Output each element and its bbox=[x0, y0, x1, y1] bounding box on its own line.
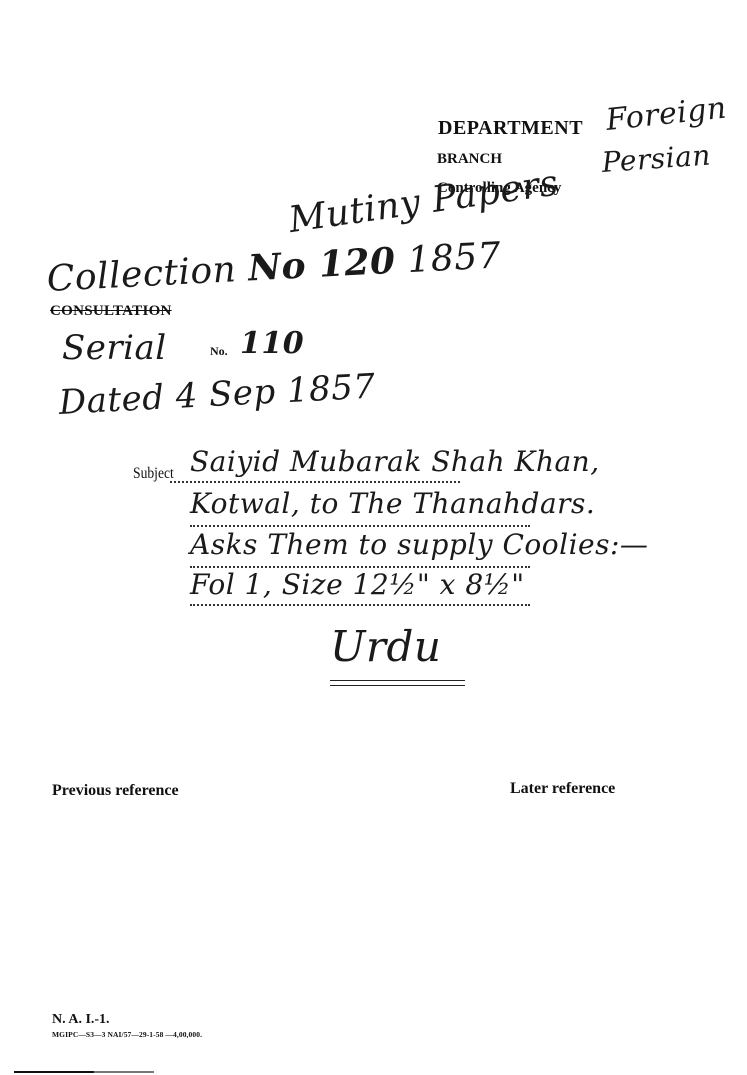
subject-line-4: Fol 1, Size 12½" x 8½" bbox=[190, 568, 590, 601]
serial-label: Serial bbox=[62, 328, 167, 368]
dated-line: Dated 4 Sep 1857 bbox=[58, 366, 377, 423]
department-value: Foreign bbox=[604, 91, 728, 138]
subject-text: Kotwal, to The Thanahdars. bbox=[190, 487, 595, 520]
subject-line-1: Saiyid Mubarak Shah Khan, bbox=[190, 445, 690, 478]
serial-no-label: No. bbox=[210, 344, 228, 359]
language-note: Urdu bbox=[330, 622, 441, 671]
branch-label: BRANCH bbox=[437, 151, 502, 168]
subject-text: Saiyid Mubarak Shah Khan, bbox=[190, 445, 600, 478]
consultation-label-struck: CONSULTATION bbox=[50, 303, 172, 320]
later-reference-label: Later reference bbox=[510, 780, 615, 798]
subject-text: Asks Them to supply Coolies:— bbox=[190, 528, 648, 561]
collection-year: 1857 bbox=[406, 235, 502, 281]
dotted-rule bbox=[190, 525, 530, 527]
language-double-underline bbox=[330, 680, 465, 686]
subject-label: Subject bbox=[133, 465, 174, 483]
collection-prefix: Collection bbox=[46, 249, 237, 300]
subject-text: Fol 1, Size 12½" x 8½" bbox=[190, 568, 525, 601]
page-edge-rule bbox=[14, 1071, 214, 1073]
form-code: N. A. I.-1. bbox=[52, 1012, 110, 1028]
previous-reference-label: Previous reference bbox=[52, 782, 179, 800]
dotted-rule bbox=[170, 481, 460, 483]
branch-value: Persian bbox=[601, 138, 712, 179]
subject-line-3: Asks Them to supply Coolies:— bbox=[190, 528, 730, 561]
print-code: MGIPC—S3—3 NAI/57—29-1-58 —4,00,000. bbox=[52, 1030, 202, 1039]
collection-number: No 120 bbox=[247, 240, 397, 290]
dotted-rule bbox=[190, 604, 530, 606]
subject-line-2: Kotwal, to The Thanahdars. bbox=[190, 487, 610, 520]
collection-line: Collection No 120 1857 bbox=[46, 234, 502, 300]
department-label: DEPARTMENT bbox=[438, 117, 583, 140]
collection-heading: Mutiny Papers bbox=[286, 163, 561, 241]
serial-value: 110 bbox=[240, 326, 304, 361]
